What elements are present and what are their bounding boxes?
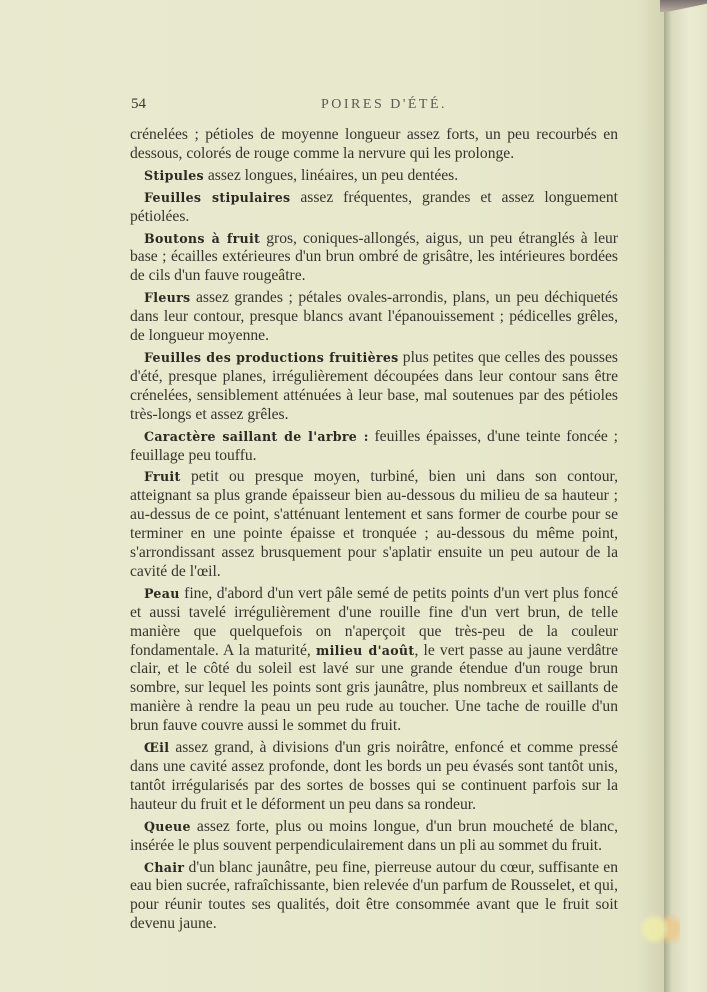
paragraph-text: assez longues, linéaires, un peu dentées… <box>204 167 458 184</box>
paragraph-text: assez grandes ; pétales ovales-arrondis,… <box>130 289 618 344</box>
section-label: Fruit <box>144 469 181 484</box>
paragraph-text: assez grand, à divisions d'un gris noirâ… <box>130 739 618 813</box>
paragraph-feuilles-stipulaires: Feuilles stipulaires assez fréquentes, g… <box>130 189 618 227</box>
body-text: crénelées ; pétioles de moyenne longueur… <box>130 126 618 937</box>
section-label: Fleurs <box>144 290 190 305</box>
paragraph-chair: Chair d'un blanc jaunâtre, peu fine, pie… <box>130 859 618 935</box>
paragraph-continuation: crénelées ; pétioles de moyenne longueur… <box>130 126 618 164</box>
page-number: 54 <box>131 96 146 113</box>
paragraph-fruit: Fruit petit ou presque moyen, turbiné, b… <box>130 468 618 581</box>
light-reflection <box>640 905 680 945</box>
section-label: Stipules <box>144 168 204 183</box>
adjacent-page-edge <box>664 8 707 992</box>
paragraph-text: crénelées ; pétioles de moyenne longueur… <box>130 126 618 162</box>
paragraph-queue: Queue assez forte, plus ou moins longue,… <box>130 818 618 856</box>
section-label: Boutons à fruit <box>144 231 260 246</box>
paragraph-stipules: Stipules assez longues, linéaires, un pe… <box>130 167 618 186</box>
section-label: Queue <box>144 819 191 834</box>
paragraph-text: d'un blanc jaunâtre, peu fine, pierreuse… <box>130 859 618 933</box>
paragraph-feuilles-productions: Feuilles des productions fruitières plus… <box>130 349 618 425</box>
paragraph-oeil: Œil assez grand, à divisions d'un gris n… <box>130 739 618 815</box>
section-label: Feuilles stipulaires <box>144 190 290 205</box>
paragraph-text: petit ou presque moyen, turbiné, bien un… <box>130 468 618 580</box>
page-header: 54 POIRES D'ÉTÉ. <box>131 96 651 116</box>
section-label: Œil <box>144 740 169 755</box>
paragraph-text: assez forte, plus ou moins longue, d'un … <box>130 818 618 854</box>
book-page: 54 POIRES D'ÉTÉ. crénelées ; pétioles de… <box>0 0 664 992</box>
section-label: Chair <box>144 860 184 875</box>
section-label: Caractère saillant de l'arbre : <box>144 429 369 444</box>
section-label: Peau <box>144 586 180 601</box>
paragraph-boutons: Boutons à fruit gros, coniques-allongés,… <box>130 230 618 287</box>
section-label: Feuilles des productions fruitières <box>144 350 399 365</box>
paragraph-caractere: Caractère saillant de l'arbre : feuilles… <box>130 428 618 466</box>
inline-label: milieu d'août <box>316 643 415 658</box>
paragraph-fleurs: Fleurs assez grandes ; pétales ovales-ar… <box>130 289 618 346</box>
paragraph-peau: Peau fine, d'abord d'un vert pâle semé d… <box>130 585 618 736</box>
running-title: POIRES D'ÉTÉ. <box>321 97 447 113</box>
